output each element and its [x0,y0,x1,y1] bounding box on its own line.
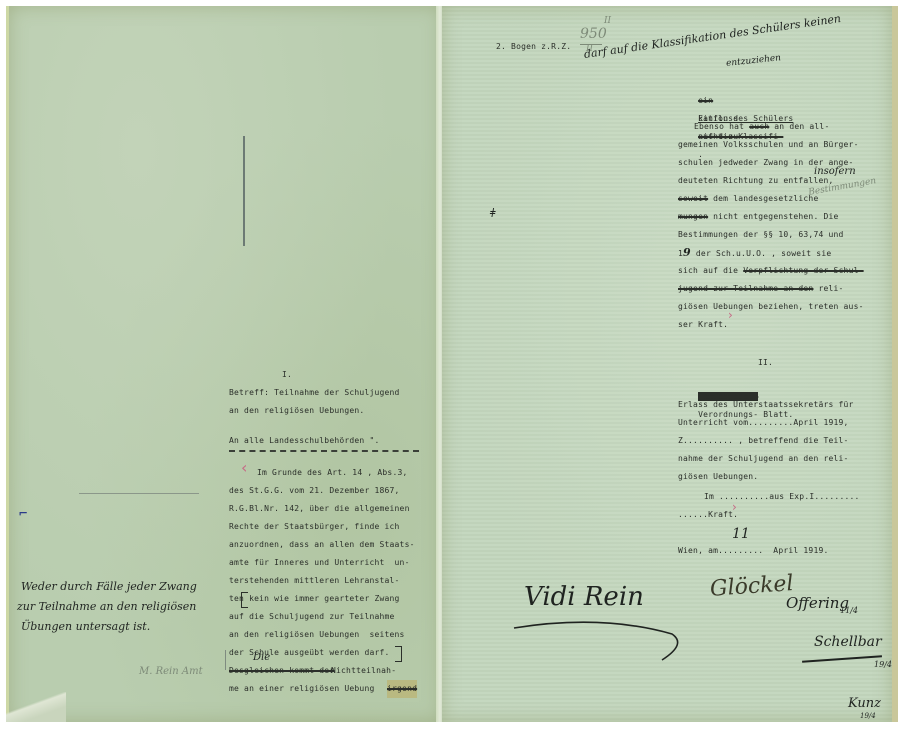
para2-line: ser Kraft. [678,316,728,334]
decree-line: Z.......... , betreffend die Teil- [678,432,849,450]
para2-line: gemeinen Volksschulen und an Bürger- [678,136,859,154]
handwritten-insert: darf auf die Klassifikation des Schülers… [583,12,842,61]
decree-line: nahme der Schuljugend an den reli- [678,450,849,468]
file-number: 950 [580,26,607,42]
red-check-mark: › [732,500,737,514]
inserted-number: 9 [683,246,691,259]
red-check-mark: › [728,308,733,322]
signature-second-date: 11/4 [840,606,858,615]
pencil-dash [79,493,199,494]
body-line: an den religiösen Uebungen seitens [229,626,405,644]
para2-line: mungen nicht entgegenstehen. Die [678,208,839,226]
text: ser Kraft. [678,320,728,329]
margin-initials: M. Rein Amt [139,666,203,677]
margin-note-line: zur Teilnahme an den religiösen [17,600,196,613]
in-force-line: Im ..........aus Exp.I......... [704,488,860,506]
margin-note-line: Übungen untersagt ist. [21,620,150,633]
struck-text: jugend zur Teilnahme an den [678,284,813,293]
text: gemeinen Volksschulen und an Bürger- [678,140,859,149]
continuation-line: me an einer religiösen Uebung [229,680,374,698]
struck-line: Desgleichen kommt der [229,662,334,680]
pencil-vertical [225,650,226,670]
body-line: R.G.Bl.Nr. 142, über die allgemeinen [229,500,410,518]
address-underline [229,450,419,452]
sheet-header: 2. Bogen z.R.Z. [496,38,571,56]
body-line: ten kein wie immer gearteter Zwang [229,590,400,608]
blue-mark: ⌐ [19,506,27,522]
para2-line: soweit dem landesgesetzliche [678,190,824,208]
para2-line: Bestimmungen der §§ 10, 63,74 und [678,226,844,244]
text: sich auf die [678,266,743,275]
para2-line: Ebenso hat auch an den all- [694,118,829,136]
text: nicht entgegenstehen. Die [708,212,838,221]
in-force-line: ......Kraft. [678,506,738,524]
pencil-line [243,136,245,246]
signature-main: Glöckel [709,571,794,602]
struck-text: soweit [678,194,708,203]
handwritten-insert-2: entzuziehen [726,53,782,69]
signature-third: Schellbar [814,634,882,650]
para2-line: sich auf die Verpflichtung der Schul- [678,262,864,280]
para2-line: 19 der Sch.u.U.O. , soweit sie [678,244,831,263]
struck-tail: irgend [387,680,417,698]
struck-text: Verpflichtung der Schul- [743,266,863,275]
signature-third-date: 19/4 [874,660,892,669]
body-line: Rechte der Staatsbürger, finde ich [229,518,400,536]
continuation-line: Nichtteilnah- [331,662,396,680]
body-line: amte für Inneres und Unterricht un- [229,554,410,572]
bracket-open [241,592,248,608]
file-number-sup: II [604,16,611,26]
text: an den all- [769,122,829,131]
para2-line: jugend zur Teilnahme an den reli- [678,280,844,298]
margin-note-line: Weder durch Fälle jeder Zwang [21,580,197,593]
margin-insert-upper: insofern [814,166,856,177]
para2-line: giösen Uebungen beziehen, treten aus- [678,298,864,316]
body-line: terstehenden mittleren Lehranstal- [229,572,400,590]
struck-text: mungen [678,212,708,221]
right-page: 2. Bogen z.R.Z. 950 II II darf auf die K… [442,6,898,722]
body-line: Im Grunde des Art. 14 , Abs.3, [257,464,408,482]
text: giösen Uebungen beziehen, treten aus- [678,302,864,311]
red-check-mark: ‹ [241,458,247,477]
body-line: anzuordnen, dass an allen dem Staats- [229,536,415,554]
text: Ebenso hat [694,122,749,131]
body-line: des St.G.G. vom 21. Dezember 1867, [229,482,400,500]
signature-flourish [512,616,692,666]
date-day: 11 [732,526,750,542]
decree-line: Erlass des Unterstaatssekretärs für [678,396,854,414]
decree-line: giösen Uebungen. [678,468,758,486]
pencil-mark: ǂ [490,206,496,220]
text: Bestimmungen der §§ 10, 63,74 und [678,230,844,239]
page-curl [6,692,66,722]
address-line: An alle Landesschulbehörden ". [229,432,380,450]
text: deuteten Richtung zu entfallen, [678,176,834,185]
subject-line-1: Betreff: Teilnahme der Schuljugend [229,384,400,402]
signature-vidi: Vidi Rein [524,582,644,612]
left-page: ⌐ I. Betreff: Teilnahme der Schuljugend … [6,6,441,722]
decree-line: Unterricht vom.........April 1919, [678,414,849,432]
text: dem landesgesetzliche [708,194,823,203]
signature-fourth-date: 19/4 [860,712,876,720]
text: reli- [813,284,843,293]
section-number: I. [282,366,292,384]
bracket-close [395,646,402,662]
text: der Sch.u.U.O. , soweit sie [691,249,831,258]
date-line: Wien, am......... April 1919. [678,542,829,560]
subject-line-2: an den religiösen Uebungen. [229,402,364,420]
signature-fourth: Kunz [848,696,881,711]
body-line: auf die Schuljugend zur Teilnahme [229,608,395,626]
signature-underline [802,655,882,662]
struck-text: auch [749,122,769,131]
